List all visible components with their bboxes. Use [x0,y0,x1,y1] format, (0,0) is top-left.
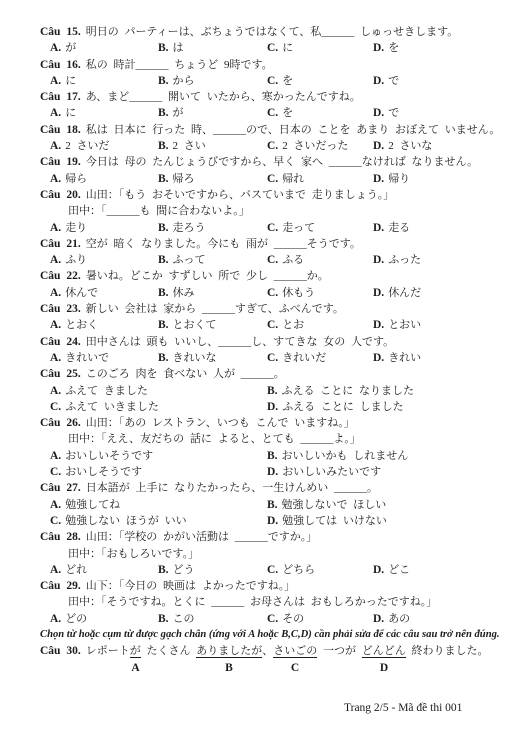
option-text: ふえて いきました [65,401,159,413]
option-d: D.あの [373,611,494,627]
underlined-phrase: どんどん [362,645,406,658]
correction-letters: ABCD [40,660,494,676]
question-text: Câu 25.このごろ 肉を 食べない 人が ______。 [40,366,494,382]
option-d: D.2 さいな [373,138,494,154]
option-label: C. [267,42,282,54]
option-b: B.は [158,40,267,56]
option-text: とお [282,319,304,331]
option-a: A.どれ [50,562,158,578]
option-label: D. [373,107,388,119]
option-label: A. [50,613,65,625]
option-text: から [173,75,195,87]
question-text: Câu 22.暑いね。どこか すずしい 所で 少し ______か。 [40,268,494,284]
option-label: D. [373,140,388,152]
option-label: B. [158,75,173,87]
option-c: C.ふえて いきました [50,399,267,415]
option-text: 休んだ [388,287,421,299]
question-text: Câu 23.新しい 会社は 家から ______すぎて、ふべんです。 [40,301,494,317]
option-label: D. [373,287,388,299]
option-text: 走る [388,222,410,234]
option-label: B. [158,319,173,331]
question-line-text: 山田：「学校の かがい活動は ______ですか。」 [86,531,318,543]
option-text: きれいで [65,352,109,364]
option-text: 帰れ [282,173,304,185]
option-label: C. [267,352,282,364]
option-label: A. [50,75,65,87]
option-text: おいしいそうです [65,450,153,462]
option-a: A.に [50,73,158,89]
question-18: Câu 18.私は 日本に 行った 時、______ので、日本の ことを あまり… [40,122,494,155]
question-number: Câu 27. [40,482,86,494]
option-text: どの [65,613,87,625]
options-row: A.2 さいだB.2 さいC.2 さいだったD.2 さいな [40,138,494,154]
option-label: D. [373,75,388,87]
option-d: D.休んだ [373,285,494,301]
question-line-text: 今日は 母の たんじょうびですから、早く 家へ ______なければ なりません… [86,156,478,168]
question-29: Câu 29.山下：「今日の 映画は よかったですね。」田中：「そうですね。とく… [40,578,494,627]
options-row: C.ふえて いきましたD.ふえる ことに しました [40,399,494,415]
option-text: きれい [388,352,421,364]
question-text: Câu 19.今日は 母の たんじょうびですから、早く 家へ ______なけれ… [40,154,494,170]
option-text: 休んで [65,287,98,299]
question-line-text: 私の 時計______ ちょうど 9時です。 [86,59,273,71]
question-number: Câu 24. [40,336,86,348]
option-d: D.ふえる ことに しました [267,399,494,415]
question-text: Câu 24.田中さんは 頭も いいし、______し、すてきな 女の 人です。 [40,334,494,350]
option-label: B. [158,613,173,625]
option-d: D.を [373,40,494,56]
options-row: A.どのB.このC.そのD.あの [40,611,494,627]
option-d: D.で [373,73,494,89]
option-text: で [388,75,399,87]
option-c: C.を [267,105,373,121]
option-a: A.に [50,105,158,121]
question-text: Câu 18.私は 日本に 行った 時、______ので、日本の ことを あまり… [40,122,494,138]
option-label: A. [50,222,65,234]
option-a: A.きれいで [50,350,158,366]
option-label: B. [158,287,173,299]
option-b: B.きれいな [158,350,267,366]
option-b: B.ふって [158,252,267,268]
option-label: D. [373,173,388,185]
option-d: D.おいしいみたいです [267,464,494,480]
options-row: A.にB.がC.をD.で [40,105,494,121]
option-label: C. [267,287,282,299]
option-label: B. [267,499,282,511]
option-label: A. [50,385,65,397]
phrase: レポート [86,645,130,657]
option-c: C.帰れ [267,171,373,187]
option-label: B. [158,42,173,54]
option-text: とおい [388,319,421,331]
option-a: A.が [50,40,158,56]
question-number: Câu 28. [40,531,86,543]
question-text: Câu 30.レポートが たくさん ありましたが、さいごの 一つが どんどん 終… [40,643,494,659]
question-line-text: 田中：「ええ、友だちの 話に よると、とても ______よ。」 [68,433,361,445]
option-text: きれいだ [282,352,326,364]
option-a: A.休んで [50,285,158,301]
option-label: C. [267,75,282,87]
option-label: C. [267,140,282,152]
option-text: ふる [282,254,304,266]
option-label: D. [373,613,388,625]
option-text: に [282,42,293,54]
option-text: 休み [173,287,195,299]
option-text: 休もう [282,287,315,299]
option-label: D. [373,352,388,364]
option-label: D. [267,466,282,478]
option-a: A.おいしいそうです [50,448,267,464]
option-label: B. [267,450,282,462]
options-row: A.どれB.どうC.どちらD.どこ [40,562,494,578]
option-text: 帰ろ [173,173,195,185]
question-text: Câu 28.山田：「学校の かがい活動は ______ですか。」 [40,529,494,545]
option-c: C.とお [267,317,373,333]
question-21: Câu 21.空が 暗く なりました。今にも 雨が ______そうです。A.ふ… [40,236,494,269]
option-b: B.おいしいかも しれません [267,448,494,464]
option-label: B. [158,254,173,266]
question-number: Câu 16. [40,59,86,71]
phrase: たくさん [141,645,197,657]
option-label: C. [267,222,282,234]
option-label: C. [267,173,282,185]
option-d: D.どこ [373,562,494,578]
option-label: A. [50,352,65,364]
option-label: B. [158,564,173,576]
page-footer: Trang 2/5 - Mã đề thi 001 [344,700,462,716]
question-text: 田中：「ええ、友だちの 話に よると、とても ______よ。」 [40,431,494,447]
option-text: を [282,107,293,119]
option-text: どこ [388,564,410,576]
option-d: D.で [373,105,494,121]
option-text: ふえる ことに なりました [282,385,415,397]
question-text: Câu 17.あ、まど______ 開いて いたから、寒かったんですね。 [40,89,494,105]
option-a: A.ふえて きました [50,383,267,399]
option-text: は [173,42,184,54]
option-text: どちら [282,564,315,576]
option-label: C. [267,254,282,266]
question-text: Câu 15.明日の パーティーは、ぶちょうではなくて、私______ しゅっせ… [40,24,494,40]
question-number: Câu 29. [40,580,86,592]
option-text: きれいな [173,352,217,364]
option-b: B.この [158,611,267,627]
question-text: Câu 27.日本語が 上手に なりたかったら、一生けんめい ______。 [40,480,494,496]
option-text: どう [173,564,195,576]
options-row: A.きれいでB.きれいなC.きれいだD.きれい [40,350,494,366]
question-number: Câu 20. [40,189,86,201]
question-number: Câu 18. [40,124,86,136]
option-label: D. [373,42,388,54]
options-row: A.ふえて きましたB.ふえる ことに なりました [40,383,494,399]
option-a: A.とおく [50,317,158,333]
question-text: Câu 29.山下：「今日の 映画は よかったですね。」 [40,578,494,594]
option-c: C.おいしそうです [50,464,267,480]
question-line-text: 田中：「おもしろいです。」 [68,548,199,560]
option-text: で [388,107,399,119]
option-label: C. [50,466,65,478]
option-label: D. [267,515,282,527]
option-label: A. [50,287,65,299]
option-a: A.勉強してね [50,497,267,513]
options-row: A.がB.はC.にD.を [40,40,494,56]
option-label: D. [373,222,388,234]
question-30: Câu 30.レポートが たくさん ありましたが、さいごの 一つが どんどん 終… [40,643,494,676]
option-c: C.勉強しない ほうが いい [50,513,267,529]
option-b: B.走ろう [158,220,267,236]
question-28: Câu 28.山田：「学校の かがい活動は ______ですか。」田中：「おもし… [40,529,494,578]
option-text: に [65,75,76,87]
question-15: Câu 15.明日の パーティーは、ぶちょうではなくて、私______ しゅっせ… [40,24,494,57]
option-a: A.帰ら [50,171,158,187]
option-text: ふった [388,254,421,266]
option-text: その [282,613,304,625]
question-line-text: あ、まど______ 開いて いたから、寒かったんですね。 [86,91,361,103]
option-text: 帰ら [65,173,87,185]
question-number: Câu 19. [40,156,86,168]
options-row: A.走りB.走ろうC.走ってD.走る [40,220,494,236]
question-24: Câu 24.田中さんは 頭も いいし、______し、すてきな 女の 人です。… [40,334,494,367]
question-line-text: 山田：「もう おそいですから、バスていまで 走りましょう。」 [86,189,395,201]
option-label: A. [50,254,65,266]
option-d: D.ふった [373,252,494,268]
phrase: 一つが [317,645,362,657]
option-label: D. [373,319,388,331]
option-d: D.帰り [373,171,494,187]
options-row: A.とおくB.とおくてC.とおD.とおい [40,317,494,333]
option-label: C. [50,401,65,413]
question-line-text: 明日の パーティーは、ぶちょうではなくて、私______ しゅっせきします。 [86,26,459,38]
option-label: D. [373,564,388,576]
option-d: D.きれい [373,350,494,366]
option-c: C.走って [267,220,373,236]
question-16: Câu 16.私の 時計______ ちょうど 9時です。A.にB.からC.をD… [40,57,494,90]
option-d: D.とおい [373,317,494,333]
option-label: A. [50,499,65,511]
option-b: B.休み [158,285,267,301]
option-text: とおく [65,319,98,331]
underlined-phrase: が [130,645,141,658]
options-row: C.おいしそうですD.おいしいみたいです [40,464,494,480]
option-b: B.2 さい [158,138,267,154]
option-label: B. [158,222,173,234]
question-text: 田中：「おもしろいです。」 [40,546,494,562]
question-line-text: このごろ 肉を 食べない 人が ______。 [86,368,285,380]
option-text: 帰り [388,173,410,185]
option-text: 2 さいな [388,140,432,152]
question-number: Câu 15. [40,26,86,38]
correction-letter: D [380,660,388,676]
question-line-text: 田中さんは 頭も いいし、______し、すてきな 女の 人です。 [86,336,394,348]
option-text: ふり [65,254,87,266]
question-text: 田中：「そうですね。とくに ______ お母さんは おもしろかったですね。」 [40,594,494,610]
question-line-text: 田中：「そうですね。とくに ______ お母さんは おもしろかったですね。」 [68,596,437,608]
correction-letter: A [131,660,139,676]
question-26: Câu 26.山田：「あの レストラン、いつも こんで いますね。」田中：「ええ… [40,415,494,480]
question-19: Câu 19.今日は 母の たんじょうびですから、早く 家へ ______なけれ… [40,154,494,187]
option-text: あの [388,613,410,625]
phrase: 終わりました。 [406,645,489,657]
option-text: 勉強しては いけない [282,515,387,527]
option-text: 勉強しないで ほしい [282,499,387,511]
option-label: B. [158,107,173,119]
question-line-text: 新しい 会社は 家から ______すぎて、ふべんです。 [86,303,344,315]
option-label: A. [50,140,65,152]
question-number: Câu 21. [40,238,86,250]
option-a: A.どの [50,611,158,627]
question-22: Câu 22.暑いね。どこか すずしい 所で 少し ______か。A.休んでB… [40,268,494,301]
options-row: A.休んでB.休みC.休もうD.休んだ [40,285,494,301]
option-label: A. [50,319,65,331]
option-label: A. [50,564,65,576]
option-text: おいしそうです [65,466,142,478]
option-label: C. [267,107,282,119]
option-label: B. [158,173,173,185]
option-a: A.2 さいだ [50,138,158,154]
question-number: Câu 23. [40,303,86,315]
option-text: に [65,107,76,119]
correction-letter: B [225,660,233,676]
correction-letter: C [291,660,299,676]
options-row: A.ふりB.ふってC.ふるD.ふった [40,252,494,268]
option-text: 2 さいだった [282,140,348,152]
question-text: Câu 16.私の 時計______ ちょうど 9時です。 [40,57,494,73]
option-label: B. [158,352,173,364]
option-label: B. [158,140,173,152]
edit-instruction: Chọn từ hoặc cụm từ được gạch chân (ứng … [40,627,494,643]
option-b: B.ふえる ことに なりました [267,383,494,399]
question-number: Câu 17. [40,91,86,103]
question-23: Câu 23.新しい 会社は 家から ______すぎて、ふべんです。A.とおく… [40,301,494,334]
question-line-text: 山田：「あの レストラン、いつも こんで いますね。」 [86,417,355,429]
option-b: B.から [158,73,267,89]
option-text: とおくて [173,319,217,331]
option-c: C.2 さいだった [267,138,373,154]
option-label: D. [267,401,282,413]
question-text: Câu 26.山田：「あの レストラン、いつも こんで いますね。」 [40,415,494,431]
option-text: 勉強してね [65,499,120,511]
option-text: どれ [65,564,87,576]
options-row: A.にB.からC.をD.で [40,73,494,89]
question-number: Câu 22. [40,270,86,282]
option-a: A.ふり [50,252,158,268]
underlined-phrase: さいごの [273,645,317,658]
option-c: C.に [267,40,373,56]
option-c: C.を [267,73,373,89]
question-25: Câu 25.このごろ 肉を 食べない 人が ______。A.ふえて きました… [40,366,494,415]
option-label: C. [50,515,65,527]
option-text: おいしいかも しれません [282,450,409,462]
option-text: 走って [282,222,315,234]
option-d: D.勉強しては いけない [267,513,494,529]
option-label: B. [267,385,282,397]
option-text: が [173,107,184,119]
question-number: Câu 25. [40,368,86,380]
question-20: Câu 20.山田：「もう おそいですから、バスていまで 走りましょう。」田中：… [40,187,494,236]
option-b: B.どう [158,562,267,578]
option-label: C. [267,319,282,331]
option-text: おいしいみたいです [282,466,381,478]
option-b: B.とおくて [158,317,267,333]
option-c: C.きれいだ [267,350,373,366]
option-text: 勉強しない ほうが いい [65,515,187,527]
options-row: A.帰らB.帰ろC.帰れD.帰り [40,171,494,187]
option-a: A.走り [50,220,158,236]
question-line-text: 空が 暗く なりました。今にも 雨が ______そうです。 [86,238,361,250]
question-line-text: 山下：「今日の 映画は よかったですね。」 [86,580,296,592]
option-c: C.どちら [267,562,373,578]
option-label: C. [267,564,282,576]
question-number: Câu 26. [40,417,86,429]
option-text: 2 さいだ [65,140,109,152]
question-text: Câu 21.空が 暗く なりました。今にも 雨が ______そうです。 [40,236,494,252]
question-text: Câu 20.山田：「もう おそいですから、バスていまで 走りましょう。」 [40,187,494,203]
option-label: C. [267,613,282,625]
question-line-text: 暑いね。どこか すずしい 所で 少し ______か。 [86,270,329,282]
underlined-phrase: ありましたが [196,645,262,658]
option-label: A. [50,450,65,462]
questions-area: Câu 15.明日の パーティーは、ぶちょうではなくて、私______ しゅっせ… [40,24,494,676]
option-text: この [173,613,195,625]
option-text: が [65,42,76,54]
option-text: 走ろう [173,222,206,234]
question-line-text: 田中：「______も 間に合わないよ。」 [68,205,250,217]
option-text: 走り [65,222,87,234]
option-c: C.ふる [267,252,373,268]
exam-page: Câu 15.明日の パーティーは、ぶちょうではなくて、私______ しゅっせ… [0,0,522,737]
option-b: B.帰ろ [158,171,267,187]
option-text: 2 さい [173,140,206,152]
option-text: ふえる ことに しました [282,401,404,413]
option-c: C.休もう [267,285,373,301]
option-b: B.が [158,105,267,121]
option-text: を [388,42,399,54]
question-line-text: 日本語が 上手に なりたかったら、一生けんめい ______。 [86,482,378,494]
options-row: A.おいしいそうですB.おいしいかも しれません [40,448,494,464]
option-text: ふえて きました [65,385,148,397]
option-d: D.走る [373,220,494,236]
question-27: Câu 27.日本語が 上手に なりたかったら、一生けんめい ______。A.… [40,480,494,529]
options-row: C.勉強しない ほうが いいD.勉強しては いけない [40,513,494,529]
option-c: C.その [267,611,373,627]
option-label: A. [50,173,65,185]
question-17: Câu 17.あ、まど______ 開いて いたから、寒かったんですね。A.にB… [40,89,494,122]
option-label: A. [50,107,65,119]
question-line-text: 私は 日本に 行った 時、______ので、日本の ことを あまり おぼえて い… [86,124,501,136]
option-b: B.勉強しないで ほしい [267,497,494,513]
options-row: A.勉強してねB.勉強しないで ほしい [40,497,494,513]
option-label: D. [373,254,388,266]
option-label: A. [50,42,65,54]
question-number: Câu 30. [40,645,86,657]
option-text: を [282,75,293,87]
phrase: 、 [262,645,273,657]
option-text: ふって [173,254,206,266]
question-text: 田中：「______も 間に合わないよ。」 [40,203,494,219]
